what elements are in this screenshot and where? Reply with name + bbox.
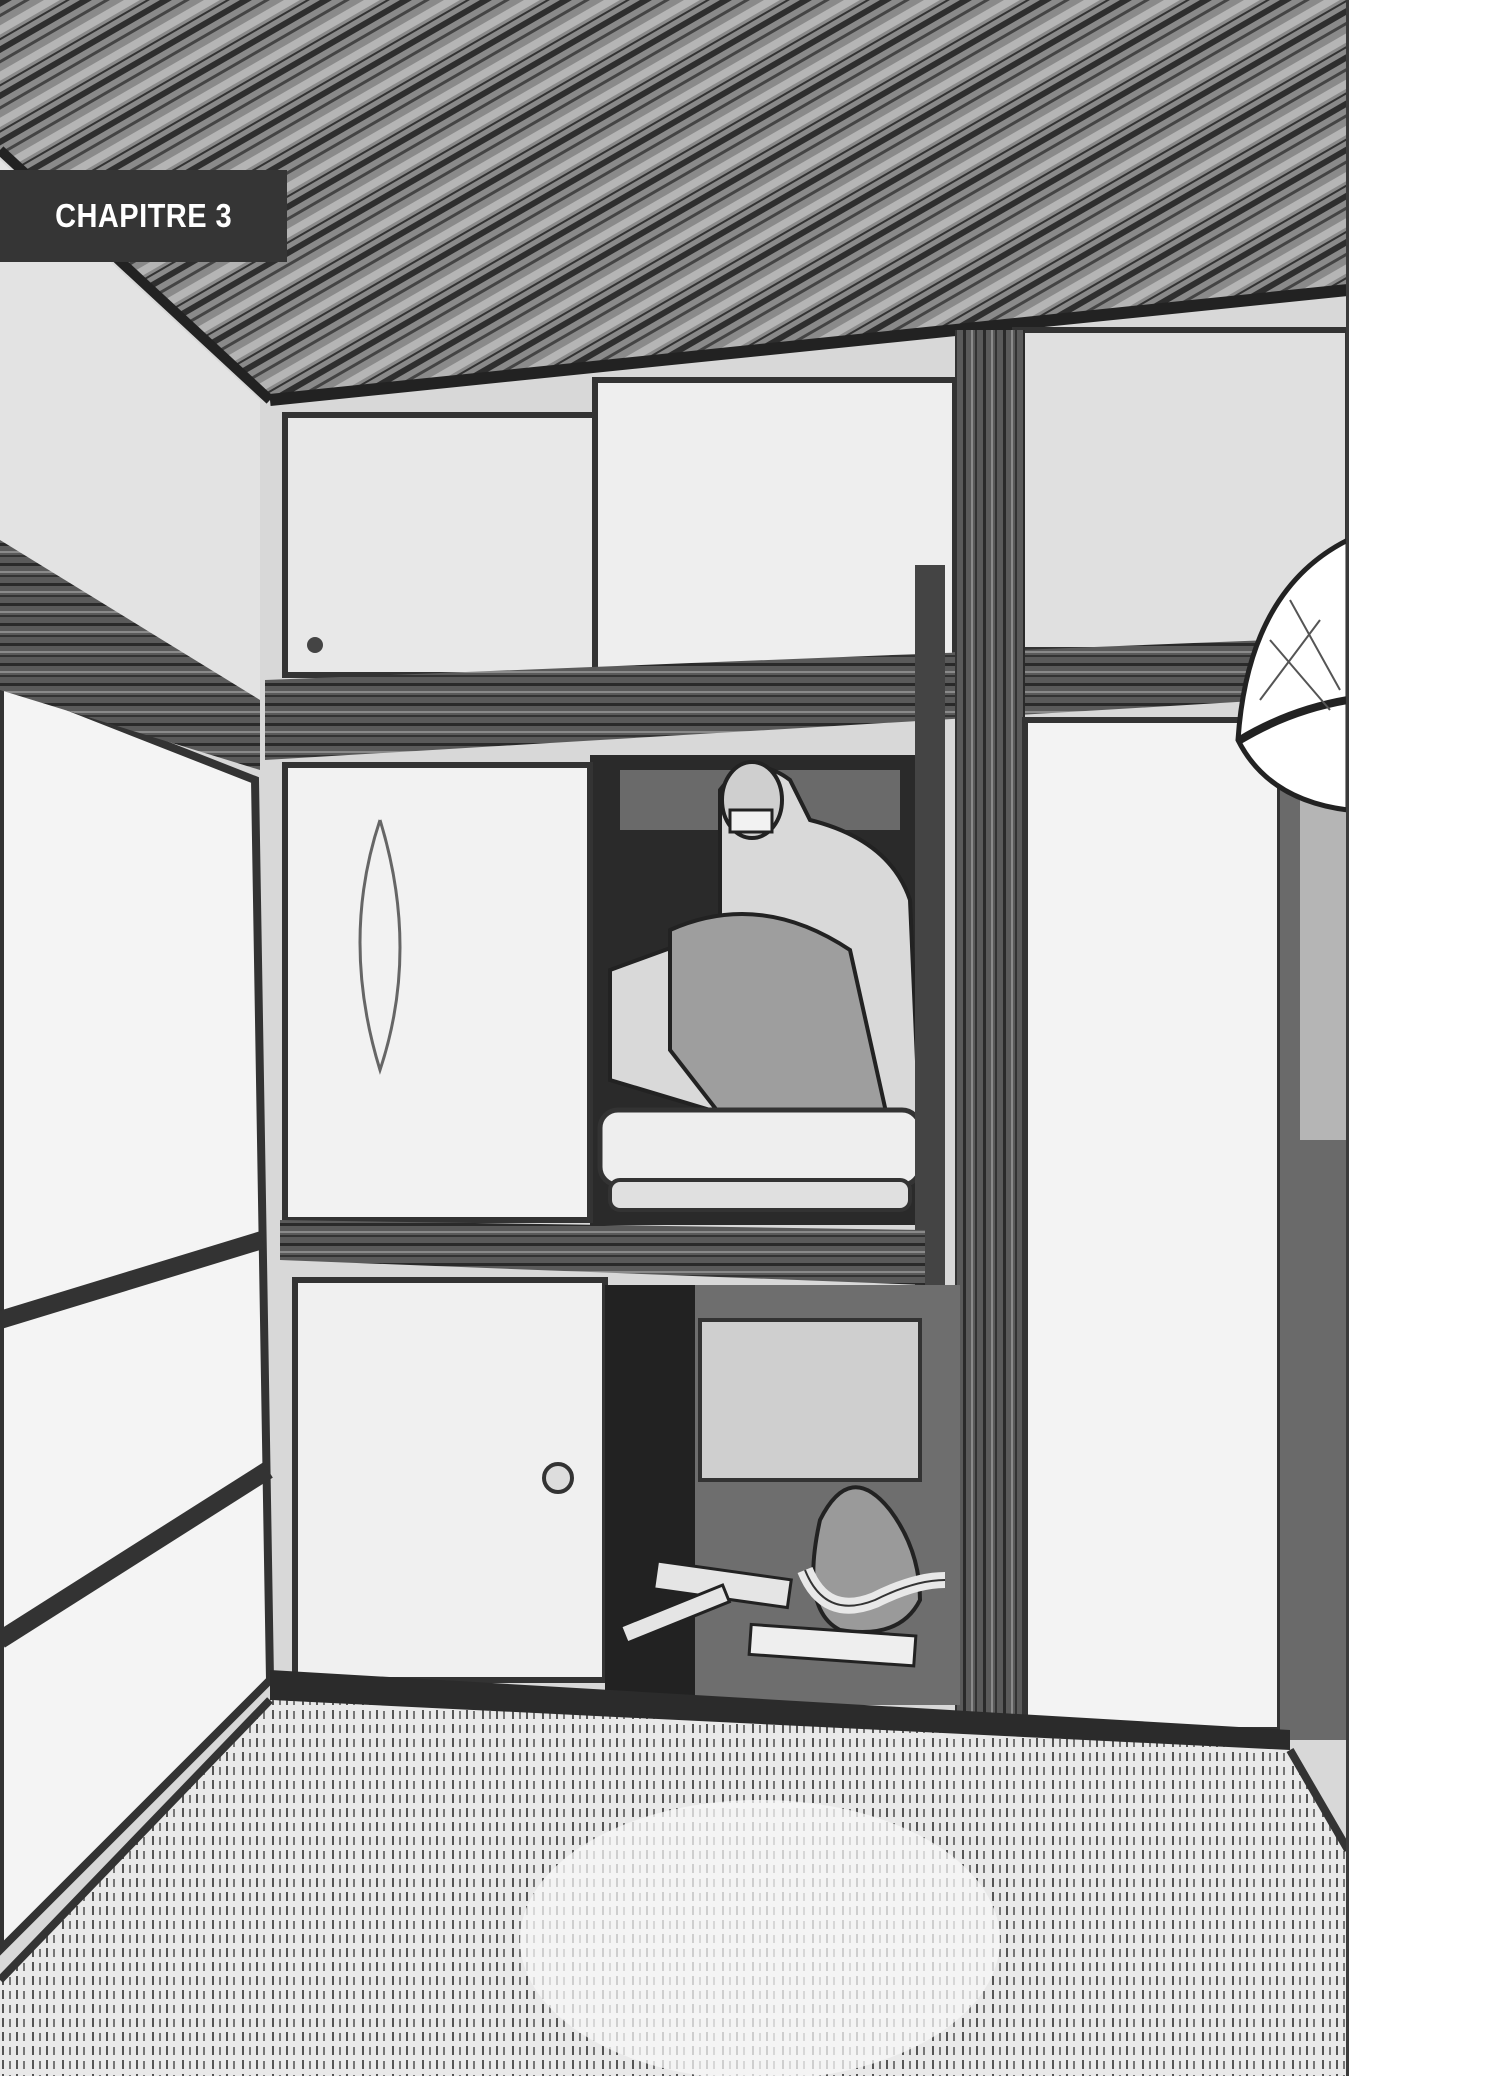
panel-right-border bbox=[1346, 0, 1349, 2076]
upper-sliding-door-right bbox=[595, 380, 955, 675]
chapter-label: CHAPITRE 3 bbox=[55, 197, 232, 235]
futon bbox=[600, 1110, 920, 1185]
illustration-panel: CHAPITRE 3 bbox=[0, 0, 1348, 2076]
room-scene bbox=[0, 0, 1348, 2076]
manga-page: CHAPITRE 3 bbox=[0, 0, 1500, 2076]
door-pull-handle bbox=[544, 1464, 572, 1492]
closet-door-upper-left bbox=[285, 765, 590, 1220]
sliding-door-right bbox=[1025, 720, 1280, 1730]
closet-door-open-edge bbox=[915, 565, 945, 1335]
upper-sliding-door-left bbox=[285, 415, 595, 675]
chapter-banner: CHAPITRE 3 bbox=[0, 170, 287, 262]
wooden-pillar bbox=[955, 330, 1025, 1730]
